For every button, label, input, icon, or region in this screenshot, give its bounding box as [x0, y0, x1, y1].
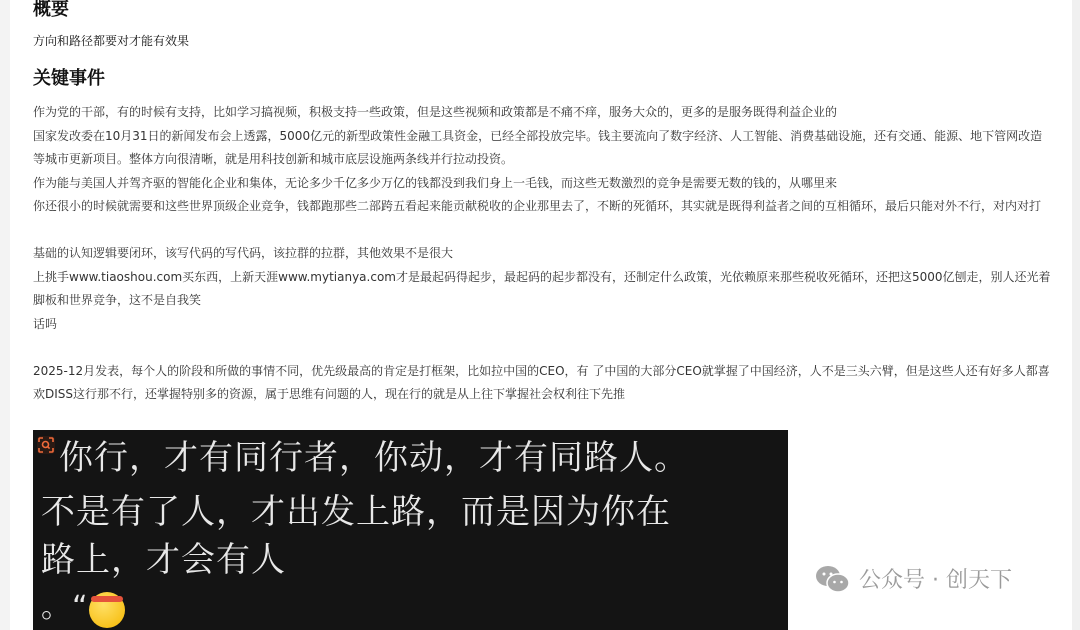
spacer — [33, 336, 1053, 360]
quote-image: 你行，才有同行者，你动，才有同路人。 不是有了人，才出发上路，而是因为你在 路上… — [33, 430, 788, 630]
summary-heading: 概要 — [33, 0, 69, 22]
watermark: 公众号 · 创天下 — [815, 563, 1012, 594]
paragraph: 上挑手www.tiaoshou.com买东西，上新天涯www.mytianya.… — [33, 266, 1053, 313]
key-events-body: 作为党的干部，有的时候有支持，比如学习搞视频，积极支持一些政策，但是这些视频和政… — [33, 101, 1053, 407]
paragraph: 基础的认知逻辑要闭环，该写代码的写代码，该拉群的拉群，其他效果不是很大 — [33, 242, 1053, 266]
quote-line: 不是有了人，才出发上路，而是因为你在 — [41, 492, 671, 532]
paragraph: 你还很小的时候就需要和这些世界顶级企业竞争，钱都跑那些二部跨五看起来能贡献税收的… — [33, 195, 1053, 219]
quote-line: 你行，才有同行者，你动，才有同路人。 — [59, 438, 689, 478]
summary-text: 方向和路径都要对才能有效果 — [33, 32, 189, 50]
article-page: 概要 方向和路径都要对才能有效果 关键事件 作为党的干部，有的时候有支持，比如学… — [10, 0, 1072, 630]
paragraph: 国家发改委在10月31日的新闻发布会上透露，5000亿元的新型政策性金融工具资金… — [33, 125, 1053, 172]
paragraph: 话吗 — [33, 313, 1053, 337]
page-margin — [1072, 0, 1080, 630]
paragraph: 作为党的干部，有的时候有支持，比如学习搞视频，积极支持一些政策，但是这些视频和政… — [33, 101, 1053, 125]
image-search-icon[interactable] — [37, 436, 55, 454]
spacer — [33, 219, 1053, 243]
paragraph: 2025-12月发表，每个人的阶段和所做的事情不同，优先级最高的肯定是打框架，比… — [33, 360, 1053, 407]
wechat-icon — [815, 564, 851, 594]
determined-face-emoji-icon — [89, 592, 125, 628]
watermark-text: 公众号 · 创天下 — [859, 563, 1012, 594]
key-events-heading: 关键事件 — [33, 67, 105, 91]
paragraph: 作为能与美国人并驾齐驱的智能化企业和集体，无论多少千亿多少万亿的钱都没到我们身上… — [33, 172, 1053, 196]
headband-icon — [91, 596, 123, 602]
quote-line: 。“ — [41, 588, 89, 628]
quote-line: 路上，才会有人 — [41, 540, 286, 580]
